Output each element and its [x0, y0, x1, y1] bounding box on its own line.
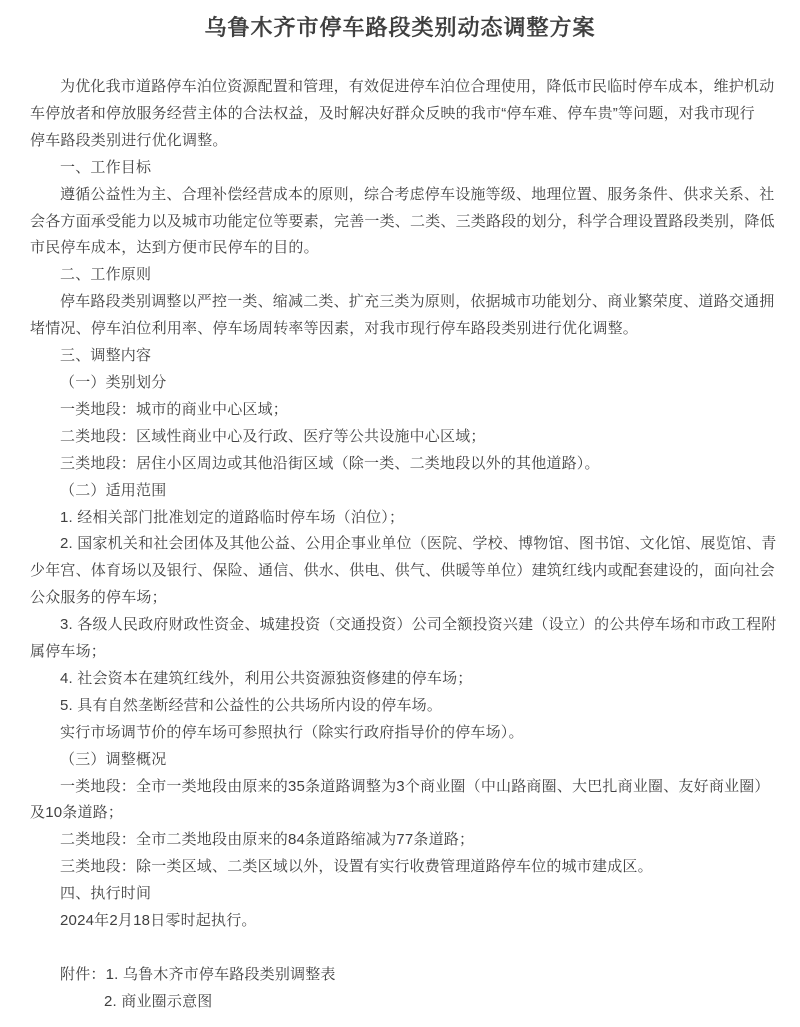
blank-line [30, 935, 770, 962]
text-line: 停车路段类别进行优化调整。 [30, 128, 770, 155]
text-line: 二、工作原则 [30, 262, 770, 289]
document-body: 为优化我市道路停车泊位资源配置和管理，有效促进停车泊位合理使用，降低市民临时停车… [30, 74, 770, 1016]
text-line: （一）类别划分 [30, 370, 770, 397]
text-line: 三类地段：除一类区域、二类区域以外，设置有实行收费管理道路停车位的城市建成区。 [30, 854, 770, 881]
text-line: 一、工作目标 [30, 155, 770, 182]
text-line: 一类地段：全市一类地段由原来的35条道路调整为3个商业圈（中山路商圈、大巴扎商业… [30, 774, 770, 801]
text-line: 4. 社会资本在建筑红线外，利用公共资源独资修建的停车场； [30, 666, 770, 693]
text-line: 堵情况、停车泊位利用率、停车场周转率等因素，对我市现行停车路段类别进行优化调整。 [30, 316, 770, 343]
text-line: 车停放者和停放服务经营主体的合法权益，及时解决好群众反映的我市“停车难、停车贵”… [30, 101, 770, 128]
text-line: （三）调整概况 [30, 747, 770, 774]
text-line: 二类地段：全市二类地段由原来的84条道路缩减为77条道路； [30, 827, 770, 854]
text-line: 为优化我市道路停车泊位资源配置和管理，有效促进停车泊位合理使用，降低市民临时停车… [30, 74, 770, 101]
text-line: 一类地段：城市的商业中心区域； [30, 397, 770, 424]
text-line: 2024年2月18日零时起执行。 [30, 908, 770, 935]
document-title: 乌鲁木齐市停车路段类别动态调整方案 [30, 0, 770, 44]
text-line: 2. 商业圈示意图 [30, 989, 770, 1016]
text-line: 三、调整内容 [30, 343, 770, 370]
text-line: 公众服务的停车场； [30, 585, 770, 612]
text-line: 1. 经相关部门批准划定的道路临时停车场（泊位）； [30, 505, 770, 532]
text-line: 及10条道路； [30, 800, 770, 827]
text-line: 属停车场； [30, 639, 770, 666]
text-line: 会各方面承受能力以及城市功能定位等要素，完善一类、二类、三类路段的划分，科学合理… [30, 209, 770, 236]
text-line: 5. 具有自然垄断经营和公益性的公共场所内设的停车场。 [30, 693, 770, 720]
text-line: 三类地段：居住小区周边或其他沿街区域（除一类、二类地段以外的其他道路）。 [30, 451, 770, 478]
text-line: 2. 国家机关和社会团体及其他公益、公用企事业单位（医院、学校、博物馆、图书馆、… [30, 531, 770, 558]
text-line: 二类地段：区域性商业中心及行政、医疗等公共设施中心区域； [30, 424, 770, 451]
text-line: 实行市场调节价的停车场可参照执行（除实行政府指导价的停车场）。 [30, 720, 770, 747]
text-line: 遵循公益性为主、合理补偿经营成本的原则，综合考虑停车设施等级、地理位置、服务条件… [30, 182, 770, 209]
text-line: 少年宫、体育场以及银行、保险、通信、供水、供电、供气、供暖等单位）建筑红线内或配… [30, 558, 770, 585]
text-line: 3. 各级人民政府财政性资金、城建投资（交通投资）公司全额投资兴建（设立）的公共… [30, 612, 770, 639]
text-line: （二）适用范围 [30, 478, 770, 505]
text-line: 停车路段类别调整以严控一类、缩减二类、扩充三类为原则，依据城市功能划分、商业繁荣… [30, 289, 770, 316]
text-line: 四、执行时间 [30, 881, 770, 908]
text-line: 市民停车成本，达到方便市民停车的目的。 [30, 235, 770, 262]
document-page: 乌鲁木齐市停车路段类别动态调整方案 为优化我市道路停车泊位资源配置和管理，有效促… [0, 0, 800, 1027]
text-line: 附件：1. 乌鲁木齐市停车路段类别调整表 [30, 962, 770, 989]
